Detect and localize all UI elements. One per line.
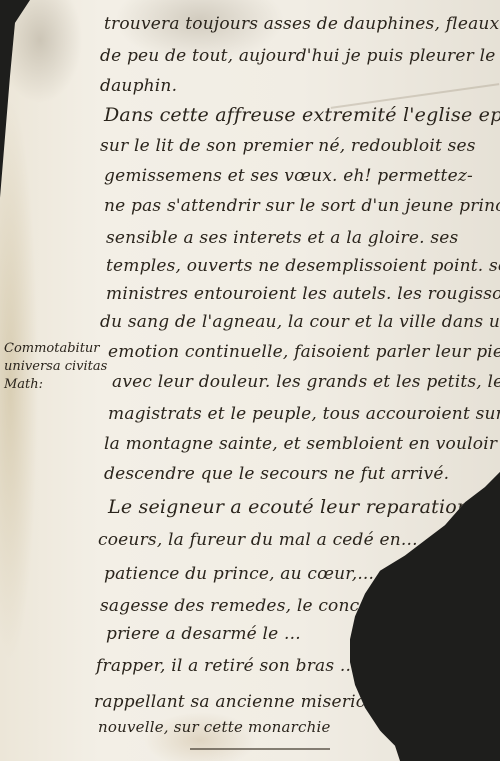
manuscript-line-18: coeurs, la fureur du mal a cedé en... — [98, 530, 418, 550]
margin-note-line-2: universa civitas — [4, 358, 104, 376]
manuscript-line-11: du sang de l'agneau, la cour et la ville… — [100, 312, 500, 332]
manuscript-line-16: descendre que le secours ne fut arrivé. — [104, 464, 449, 484]
manuscript-line-14: magistrats et le peuple, tous accouroien… — [108, 404, 500, 424]
manuscript-line-3: dauphin. — [100, 76, 177, 96]
manuscript-line-23: rappellant sa ancienne misericorde — [94, 692, 406, 712]
manuscript-line-10: ministres entouroient les autels. les ro… — [106, 284, 500, 304]
manuscript-line-15: la montagne sainte, et sembloient en vou… — [104, 434, 497, 454]
manuscript-line-4: Dans cette affreuse extremité l'eglise e… — [104, 104, 500, 126]
manuscript-line-8: sensible a ses interets et a la gloire. … — [106, 228, 458, 248]
manuscript-page: trouvera toujours asses de dauphines, fl… — [0, 0, 500, 761]
manuscript-line-6: gemissemens et ses vœux. eh! permettez- — [104, 166, 473, 186]
manuscript-line-21: priere a desarmé le ... — [106, 624, 301, 644]
manuscript-line-7: ne pas s'attendrir sur le sort d'un jeun… — [104, 196, 500, 216]
margin-note-line-1: Commotabitur — [4, 340, 104, 358]
manuscript-line-9: temples, ouverts ne desemplissoient poin… — [106, 256, 500, 276]
manuscript-line-5: sur le lit de son premier né, redoubloit… — [100, 136, 476, 156]
manuscript-line-12: emotion continuelle, faisoient parler le… — [108, 342, 500, 362]
manuscript-line-17: Le seigneur a ecouté leur reparations... — [108, 496, 498, 518]
ink-rule-line — [190, 748, 330, 750]
manuscript-line-1: trouvera toujours asses de dauphines, fl… — [104, 14, 499, 34]
manuscript-line-2: de peu de tout, aujourd'hui je puis pleu… — [100, 46, 495, 66]
manuscript-line-24: nouvelle, sur cette monarchie — [98, 718, 331, 736]
margin-note-line-3: Math: — [4, 376, 104, 394]
manuscript-line-19: patience du prince, au cœur,... — [104, 564, 374, 584]
manuscript-line-13: avec leur douleur. les grands et les pet… — [112, 372, 500, 392]
manuscript-line-22: frapper, il a retiré son bras ... — [96, 656, 357, 676]
manuscript-line-20: sagesse des remedes, le concours — [100, 596, 398, 616]
margin-annotation: Commotabitur universa civitas Math: — [4, 340, 104, 394]
